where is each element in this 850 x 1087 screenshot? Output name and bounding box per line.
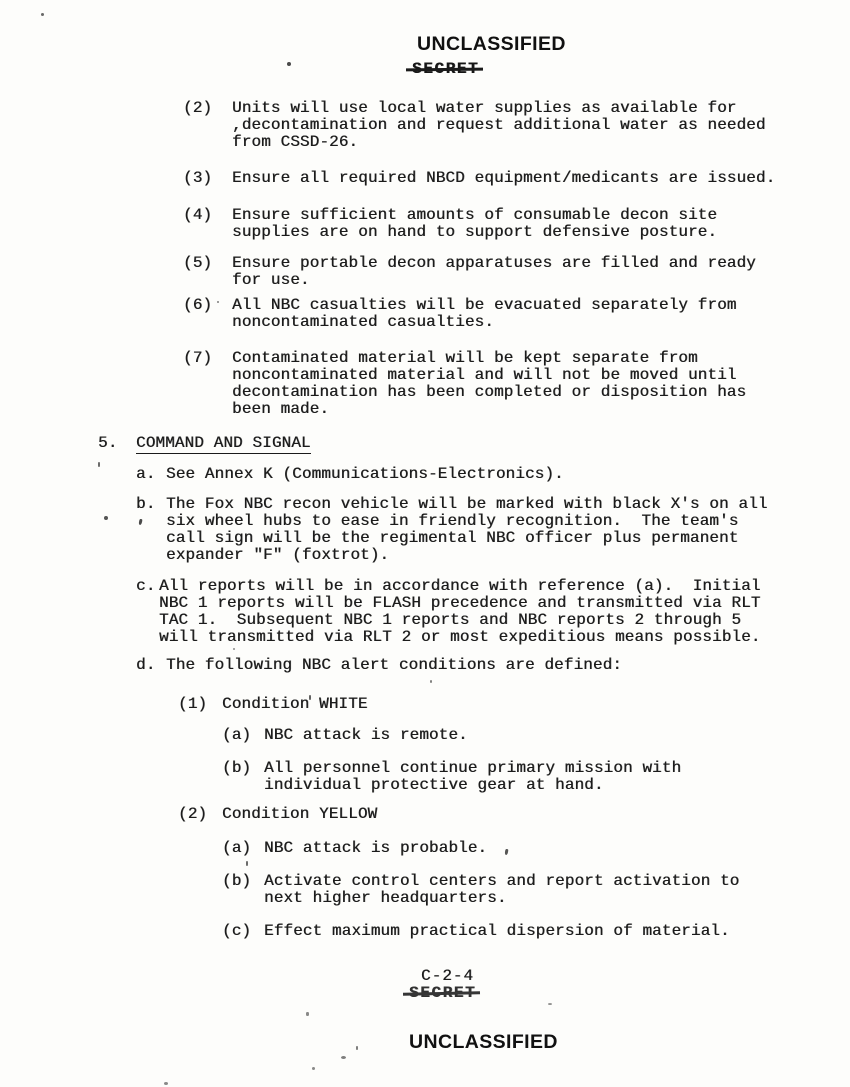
- item-text: Units will use local water supplies as a…: [232, 100, 766, 151]
- item-text: Contaminated material will be kept separ…: [232, 350, 746, 418]
- item-label: (c): [222, 923, 251, 940]
- page-number: C-2-4: [421, 968, 474, 985]
- item-text: Ensure all required NBCD equipment/medic…: [232, 170, 775, 187]
- item-label: a.: [136, 466, 155, 483]
- item-label: (3): [183, 170, 212, 187]
- scan-speck: [430, 680, 432, 683]
- item-label: d.: [136, 657, 155, 674]
- item-label: (2): [183, 100, 212, 117]
- item-text: All reports will be in accordance with r…: [159, 578, 761, 646]
- item-text: The following NBC alert conditions are d…: [166, 657, 622, 674]
- scan-speck: [306, 1012, 309, 1016]
- item-label: (1): [178, 696, 207, 713]
- item-text: Condition YELLOW: [222, 806, 377, 823]
- item-label: (b): [222, 760, 251, 777]
- scan-speck: [104, 516, 108, 520]
- item-text: All personnel continue primary mission w…: [264, 760, 681, 794]
- item-label: (2): [178, 806, 207, 823]
- item-text: All NBC casualties will be evacuated sep…: [232, 297, 736, 331]
- item-label: (6): [183, 297, 212, 314]
- item-label: (b): [222, 873, 251, 890]
- scan-speck: [217, 301, 219, 303]
- scan-speck: [98, 462, 100, 467]
- item-text: NBC attack is probable.: [264, 840, 487, 857]
- section-number: 5.: [98, 435, 117, 452]
- classification-banner-top: UNCLASSIFIED: [417, 35, 566, 54]
- scan-speck: [233, 648, 235, 650]
- item-text: Ensure sufficient amounts of consumable …: [232, 207, 717, 241]
- secret-strikethrough-bottom: SECRET: [409, 985, 476, 1002]
- scan-speck: [246, 861, 248, 866]
- item-label: (5): [183, 255, 212, 272]
- scan-speck: [164, 1082, 168, 1085]
- scan-speck: [312, 1067, 315, 1070]
- item-label: c.: [136, 578, 155, 595]
- item-label: (7): [183, 350, 212, 367]
- classification-banner-bottom: UNCLASSIFIED: [409, 1033, 558, 1052]
- item-text: The Fox NBC recon vehicle will be marked…: [166, 496, 768, 564]
- item-text: Activate control centers and report acti…: [264, 873, 739, 907]
- scan-speck: [505, 849, 509, 855]
- item-text: Effect maximum practical dispersion of m…: [264, 923, 730, 940]
- scan-speck: [41, 13, 44, 16]
- item-label: (a): [222, 727, 251, 744]
- scan-speck: [341, 1056, 346, 1059]
- scan-speck: [356, 1046, 358, 1050]
- scan-speck: [138, 519, 142, 525]
- scan-speck: [309, 695, 311, 700]
- scan-speck: [287, 62, 291, 66]
- document-page: UNCLASSIFIED SECRET (2) Units will use l…: [0, 0, 850, 1087]
- item-text: Condition WHITE: [222, 696, 368, 713]
- scan-speck: [548, 1003, 552, 1005]
- item-text: Ensure portable decon apparatuses are fi…: [232, 255, 756, 289]
- secret-strikethrough-top: SECRET: [412, 61, 479, 78]
- item-label: b.: [136, 496, 155, 513]
- section-title: COMMAND AND SIGNAL: [136, 435, 311, 454]
- item-label: (a): [222, 840, 251, 857]
- item-label: (4): [183, 207, 212, 224]
- item-text: NBC attack is remote.: [264, 727, 468, 744]
- item-text: See Annex K (Communications-Electronics)…: [166, 466, 564, 483]
